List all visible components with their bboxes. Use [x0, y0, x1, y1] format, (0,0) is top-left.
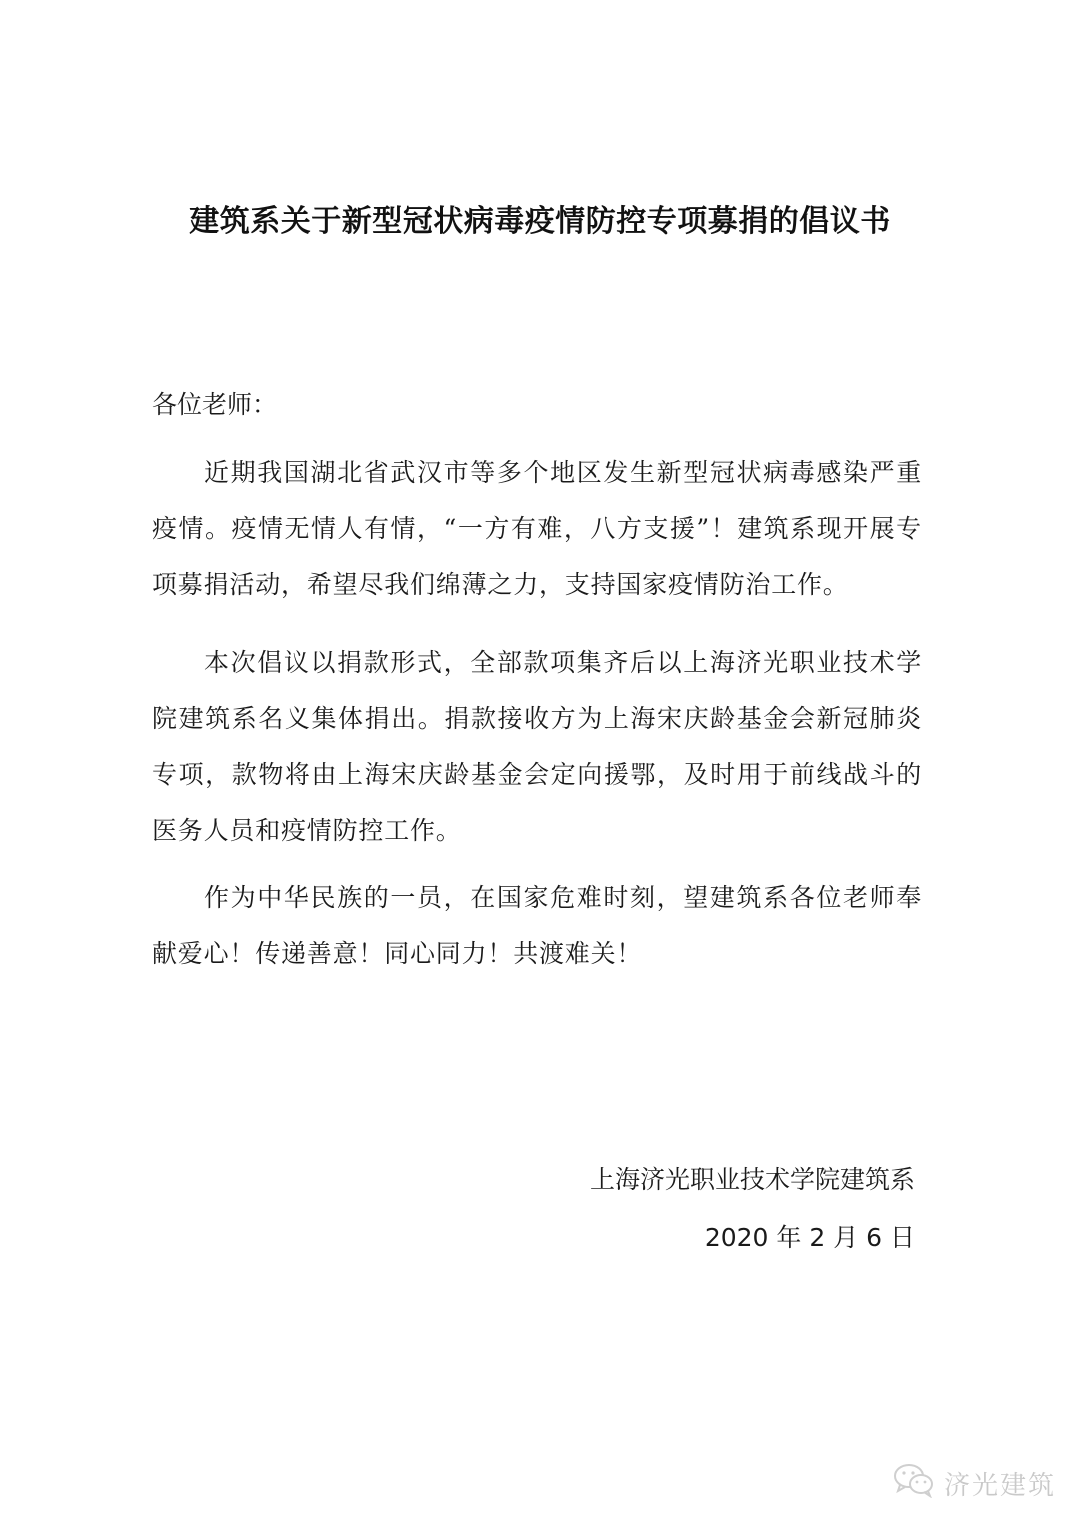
watermark-text: 济光建筑 [944, 1465, 1056, 1502]
salutation: 各位老师： [152, 385, 277, 421]
date: 2020 年 2 月 6 日 [705, 1218, 915, 1254]
paragraph-2: 本次倡议以捐款形式，全部款项集齐后以上海济光职业技术学院建筑系名义集体捐出。捐款… [152, 635, 922, 859]
paragraph-1: 近期我国湖北省武汉市等多个地区发生新型冠状病毒感染严重疫情。疫情无情人有情，“一… [152, 445, 922, 613]
document-title: 建筑系关于新型冠状病毒疫情防控专项募捐的倡议书 [0, 196, 1080, 240]
wechat-icon [892, 1462, 944, 1505]
watermark: 济光建筑 [892, 1462, 1056, 1505]
signature: 上海济光职业技术学院建筑系 [590, 1160, 915, 1196]
paragraph-3: 作为中华民族的一员，在国家危难时刻，望建筑系各位老师奉献爱心！传递善意！同心同力… [152, 870, 922, 982]
